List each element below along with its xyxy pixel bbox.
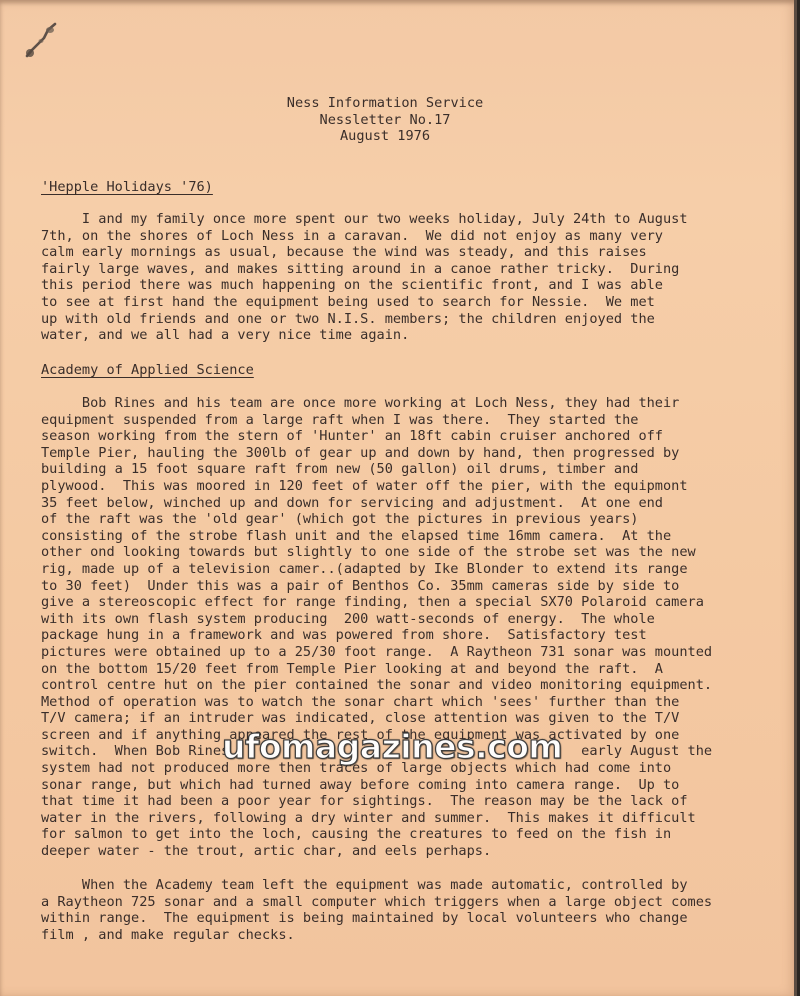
text-line: Bob Rines and his team are once more wor… [41, 395, 712, 412]
text-line: water, and we all had a very nice time a… [41, 327, 688, 344]
text-line: calm early mornings as usual, because th… [41, 244, 688, 261]
text-line: film , and make regular checks. [41, 927, 712, 944]
text-line: consisting of the strobe flash unit and … [41, 528, 712, 545]
text-line: 7th, on the shores of Loch Ness in a car… [41, 228, 688, 245]
text-line: with its own flash system producing 200 … [41, 611, 712, 628]
section-heading-hepple-holidays: 'Hepple Holidays '76) [41, 179, 213, 195]
text-line: building a 15 foot square raft from new … [41, 461, 712, 478]
text-line: water in the rivers, following a dry win… [41, 810, 712, 827]
text-line: 35 feet below, winched up and down for s… [41, 495, 712, 512]
text-line: deeper water - the trout, artic char, an… [41, 843, 712, 860]
text-line: within range. The equipment is being mai… [41, 910, 712, 927]
text-line: up with old friends and one or two N.I.S… [41, 311, 688, 328]
text-line: fairly large waves, and makes sitting ar… [41, 261, 688, 278]
text-line: to 30 feet) Under this was a pair of Ben… [41, 578, 712, 595]
watermark: ufomagazines.com [222, 727, 562, 766]
text-line: give a stereoscopic effect for range fin… [41, 594, 712, 611]
text-line: I and my family once more spent our two … [41, 211, 688, 228]
ink-smudge-icon [18, 18, 60, 62]
text-line: When the Academy team left the equipment… [41, 877, 712, 894]
paragraph-holiday: I and my family once more spent our two … [41, 211, 688, 344]
text-line: season working from the stern of 'Hunter… [41, 428, 712, 445]
issue-number: Nessletter No.17 [0, 112, 770, 129]
text-line: Temple Pier, hauling the 300lb of gear u… [41, 445, 712, 462]
text-line: pictures were obtained up to a 25/30 foo… [41, 644, 712, 661]
section-heading-academy: Academy of Applied Science [41, 362, 254, 378]
text-line: a Raytheon 725 sonar and a small compute… [41, 894, 712, 911]
text-line: to see at first hand the equipment being… [41, 294, 688, 311]
text-line: T/V camera; if an intruder was indicated… [41, 710, 712, 727]
text-line: other ond looking towards but slightly t… [41, 544, 712, 561]
paragraph-academy-equipment: Bob Rines and his team are once more wor… [41, 395, 712, 860]
text-line: that time it had been a poor year for si… [41, 793, 712, 810]
text-line: on the bottom 15/20 feet from Temple Pie… [41, 661, 712, 678]
text-line: plywood. This was moored in 120 feet of … [41, 478, 712, 495]
text-line: rig, made up of a television camer..(ada… [41, 561, 712, 578]
text-line: control centre hut on the pier contained… [41, 677, 712, 694]
text-line: of the raft was the 'old gear' (which go… [41, 511, 712, 528]
text-line: sonar range, but which had turned away b… [41, 777, 712, 794]
text-line: Method of operation was to watch the son… [41, 694, 712, 711]
text-line: equipment suspended from a large raft wh… [41, 412, 712, 429]
text-line: package hung in a framework and was powe… [41, 627, 712, 644]
paragraph-academy-automatic: When the Academy team left the equipment… [41, 877, 712, 943]
newsletter-header: Ness Information Service Nessletter No.1… [0, 95, 770, 145]
text-line: this period there was much happening on … [41, 277, 688, 294]
newsletter-page: Ness Information Service Nessletter No.1… [0, 0, 797, 996]
text-line: for salmon to get into the loch, causing… [41, 826, 712, 843]
org-name: Ness Information Service [0, 95, 770, 112]
issue-date: August 1976 [0, 128, 770, 145]
